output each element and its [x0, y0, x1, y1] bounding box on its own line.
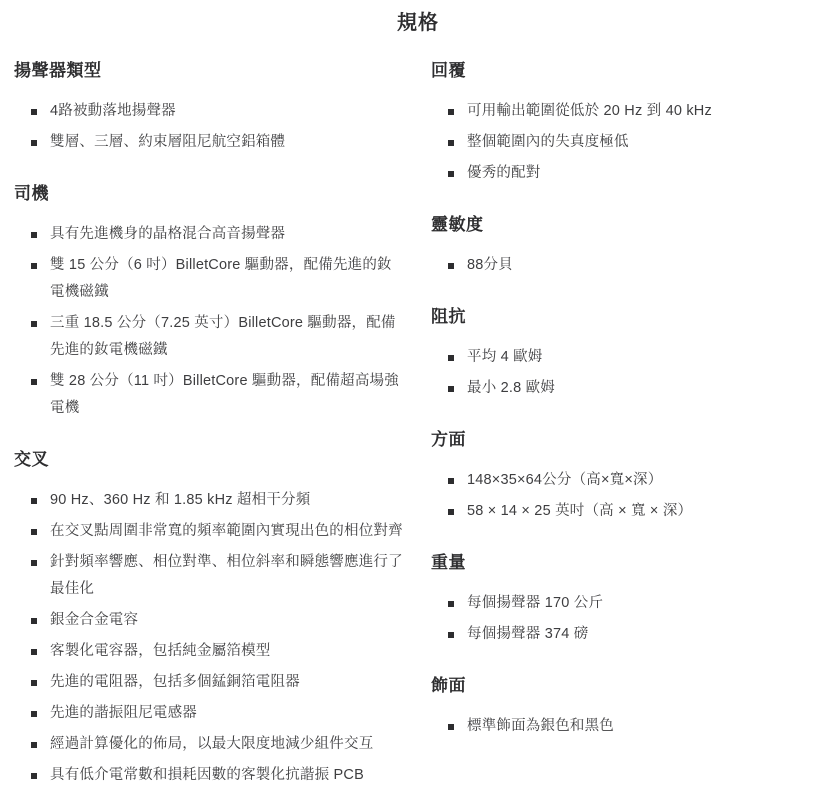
spec-section: 回覆可用輸出範圍從低於 20 Hz 到 40 kHz整個範圍內的失真度極低優秀的…: [431, 59, 822, 187]
spec-item: 雙 15 公分（6 吋）BilletCore 驅動器，配備先進的釹電機磁鐵: [31, 252, 405, 306]
spec-item: 具有先進機身的晶格混合高音揚聲器: [31, 221, 405, 248]
spec-item: 每個揚聲器 170 公斤: [448, 590, 822, 617]
spec-item: 經過計算優化的佈局，以最大限度地減少組件交互: [31, 731, 405, 758]
spec-section: 方面148×35×64公分（高×寬×深）58 × 14 × 25 英吋（高 × …: [431, 428, 822, 525]
specifications-page: 規格 揚聲器類型4路被動落地揚聲器雙層、三層、約束層阻尼航空鋁箱體司機具有先進機…: [0, 0, 836, 793]
spec-item: 在交叉點周圍非常寬的頻率範圍內實現出色的相位對齊: [31, 518, 405, 545]
spec-list: 標準飾面為銀色和黑色: [431, 713, 822, 740]
spec-list: 可用輸出範圍從低於 20 Hz 到 40 kHz整個範圍內的失真度極低優秀的配對: [431, 98, 822, 187]
spec-list: 148×35×64公分（高×寬×深）58 × 14 × 25 英吋（高 × 寬 …: [431, 467, 822, 525]
spec-item: 可用輸出範圍從低於 20 Hz 到 40 kHz: [448, 98, 822, 125]
section-heading: 靈敏度: [431, 213, 822, 236]
spec-item: 平均 4 歐姆: [448, 344, 822, 371]
spec-item: 雙層、三層、約束層阻尼航空鋁箱體: [31, 129, 405, 156]
spec-list: 4路被動落地揚聲器雙層、三層、約束層阻尼航空鋁箱體: [14, 98, 405, 156]
spec-item: 客製化電容器，包括純金屬箔模型: [31, 638, 405, 665]
spec-section: 司機具有先進機身的晶格混合高音揚聲器雙 15 公分（6 吋）BilletCore…: [14, 182, 405, 422]
spec-item: 4路被動落地揚聲器: [31, 98, 405, 125]
spec-columns: 揚聲器類型4路被動落地揚聲器雙層、三層、約束層阻尼航空鋁箱體司機具有先進機身的晶…: [14, 59, 822, 793]
spec-list: 具有先進機身的晶格混合高音揚聲器雙 15 公分（6 吋）BilletCore 驅…: [14, 221, 405, 422]
spec-list: 88分貝: [431, 252, 822, 279]
section-heading: 司機: [14, 182, 405, 205]
spec-section: 重量每個揚聲器 170 公斤每個揚聲器 374 磅: [431, 551, 822, 648]
spec-list: 平均 4 歐姆最小 2.8 歐姆: [431, 344, 822, 402]
spec-item: 標準飾面為銀色和黑色: [448, 713, 822, 740]
spec-section: 交叉90 Hz、360 Hz 和 1.85 kHz 超相干分頻在交叉點周圍非常寬…: [14, 448, 405, 789]
spec-item: 90 Hz、360 Hz 和 1.85 kHz 超相干分頻: [31, 487, 405, 514]
column-left: 揚聲器類型4路被動落地揚聲器雙層、三層、約束層阻尼航空鋁箱體司機具有先進機身的晶…: [14, 59, 405, 793]
spec-section: 靈敏度88分貝: [431, 213, 822, 279]
spec-list: 90 Hz、360 Hz 和 1.85 kHz 超相干分頻在交叉點周圍非常寬的頻…: [14, 487, 405, 789]
spec-item: 優秀的配對: [448, 160, 822, 187]
spec-item: 先進的諧振阻尼電感器: [31, 700, 405, 727]
spec-item: 最小 2.8 歐姆: [448, 375, 822, 402]
spec-section: 飾面標準飾面為銀色和黑色: [431, 674, 822, 740]
spec-item: 整個範圍內的失真度極低: [448, 129, 822, 156]
section-heading: 回覆: [431, 59, 822, 82]
page-title: 規格: [14, 9, 822, 37]
spec-item: 58 × 14 × 25 英吋（高 × 寬 × 深）: [448, 498, 822, 525]
spec-item: 針對頻率響應、相位對準、相位斜率和瞬態響應進行了最佳化: [31, 549, 405, 603]
spec-section: 揚聲器類型4路被動落地揚聲器雙層、三層、約束層阻尼航空鋁箱體: [14, 59, 405, 156]
section-heading: 重量: [431, 551, 822, 574]
spec-item: 88分貝: [448, 252, 822, 279]
column-right: 回覆可用輸出範圍從低於 20 Hz 到 40 kHz整個範圍內的失真度極低優秀的…: [431, 59, 822, 793]
spec-section: 阻抗平均 4 歐姆最小 2.8 歐姆: [431, 305, 822, 402]
section-heading: 交叉: [14, 448, 405, 471]
spec-item: 銀金合金電容: [31, 607, 405, 634]
spec-item: 雙 28 公分（11 吋）BilletCore 驅動器，配備超高場強電機: [31, 368, 405, 422]
spec-item: 三重 18.5 公分（7.25 英寸）BilletCore 驅動器，配備先進的釹…: [31, 310, 405, 364]
spec-item: 先進的電阻器，包括多個錳銅箔電阻器: [31, 669, 405, 696]
spec-item: 具有低介電常數和損耗因數的客製化抗諧振 PCB: [31, 762, 405, 789]
spec-item: 每個揚聲器 374 磅: [448, 621, 822, 648]
spec-item: 148×35×64公分（高×寬×深）: [448, 467, 822, 494]
section-heading: 揚聲器類型: [14, 59, 405, 82]
section-heading: 方面: [431, 428, 822, 451]
spec-list: 每個揚聲器 170 公斤每個揚聲器 374 磅: [431, 590, 822, 648]
section-heading: 阻抗: [431, 305, 822, 328]
section-heading: 飾面: [431, 674, 822, 697]
